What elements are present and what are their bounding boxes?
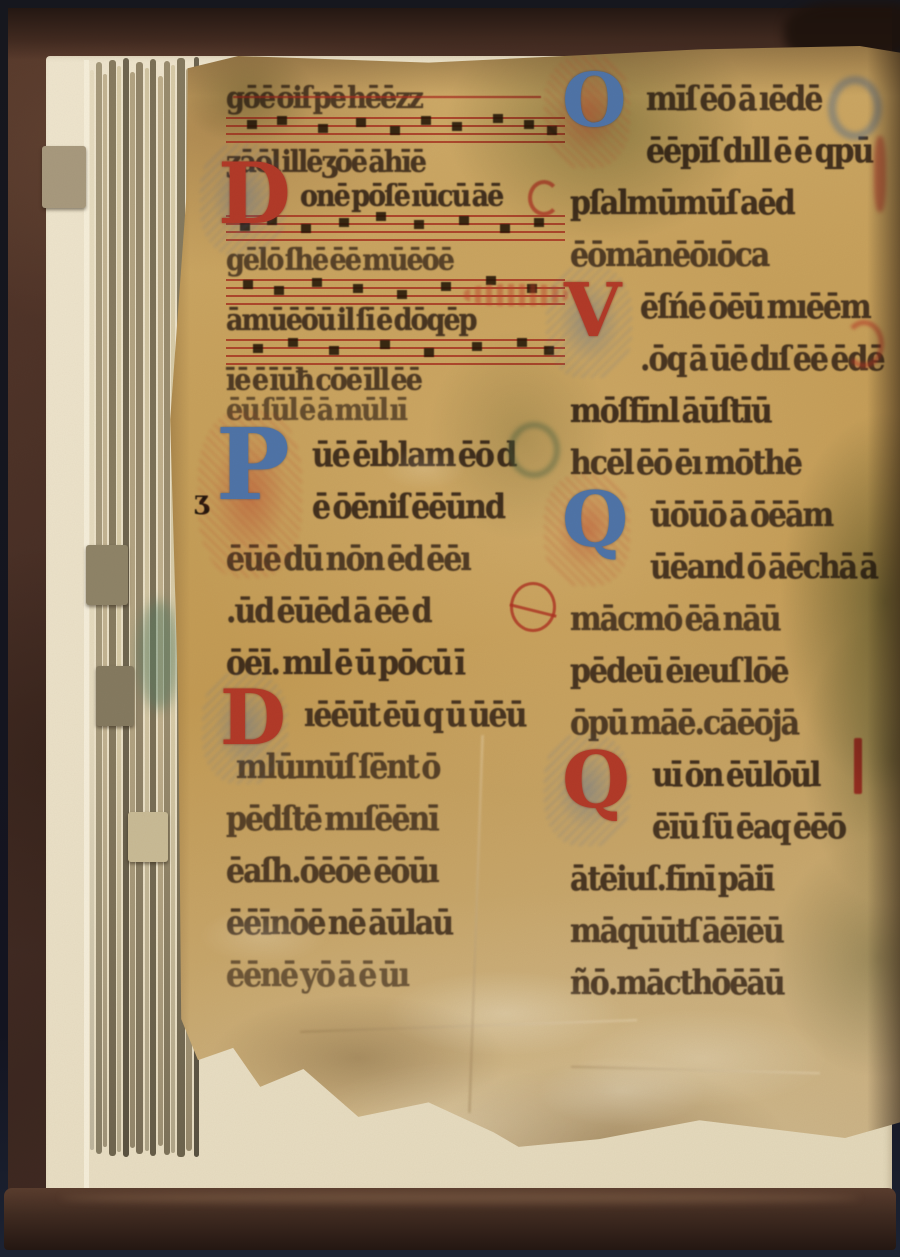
- square-neume-note: [459, 216, 469, 225]
- square-neume-note: [380, 340, 390, 349]
- text-block: gēlō ſhē ēē mūēōē: [226, 242, 568, 276]
- gothic-text-line: ıēēūt ēū q ū ūēū: [304, 688, 525, 744]
- leaf-edge-stripe: [130, 72, 135, 1148]
- text-block: ēaſh.ōēōē ēōūı: [226, 844, 568, 896]
- gothic-text-line: pēdeū ēıeuſ lōē: [570, 644, 788, 700]
- square-neume-note: [277, 116, 287, 125]
- parchment-tab: [42, 146, 86, 208]
- square-neume-note: [421, 116, 431, 125]
- text-block: Vēſńē ōēū mıēēm: [570, 280, 900, 332]
- text-block: ñō.mācthōēāū: [570, 956, 900, 1008]
- leaf-edge-stripe: [136, 62, 143, 1154]
- parchment-tab: [128, 812, 168, 862]
- text-block: .ūd ēūēd ā ēē d: [226, 584, 568, 636]
- text-block: Pūē ēıblam ēō d: [226, 428, 568, 480]
- gothic-text-line: ūē ēıblam ēō d: [312, 428, 515, 484]
- decorated-initial-P: P: [216, 422, 290, 510]
- text-block: Dıēēūt ēū q ū ūēū: [226, 688, 568, 740]
- green-stain-on-leaf-edges: [138, 600, 180, 710]
- square-neume-note: [472, 342, 482, 351]
- gothic-text-line: pſalmūmūſ aēd: [570, 176, 794, 232]
- square-neume-note: [247, 120, 257, 129]
- gothic-text-line: gōē ōiſ pē hēēzz: [226, 80, 422, 117]
- square-neume-note: [524, 120, 534, 129]
- stave-red-line: [226, 279, 565, 281]
- gothic-text-line: ēīū ſū ēaq ēēō: [652, 800, 845, 856]
- stave-red-line: [226, 141, 565, 143]
- flyleaf-edge-highlight: [84, 60, 89, 1190]
- square-neume-note: [339, 218, 349, 227]
- stave-red-line: [226, 295, 565, 297]
- gothic-text-line: mīſ ēō ā ıēdē: [646, 72, 821, 128]
- text-block: āmūēōū il ſī ē dōqēp: [226, 302, 568, 336]
- leather-bottom-highlight: [60, 1192, 860, 1204]
- music-stave: [226, 336, 568, 362]
- text-block: ēēīnōē nē āūlaū: [226, 896, 568, 948]
- text-block: māqūūtſ āēīēū: [570, 904, 900, 956]
- stave-red-line: [226, 339, 565, 341]
- music-stave: [226, 114, 568, 144]
- square-neume-note: [493, 114, 503, 123]
- left-text-column: gōē ōiſ pē hēēzzʒāōl illēʒōē āhīēDonē pō…: [226, 80, 568, 994]
- gothic-text-line: .ūd ēūēd ā ēē d: [226, 584, 431, 640]
- decorated-initial-O: O: [562, 68, 626, 135]
- crease-line: [571, 1066, 820, 1075]
- text-block: īē ē īūħ cōē īll ēē: [226, 362, 568, 392]
- gothic-text-line: ēſńē ōēū mıēēm: [640, 280, 870, 336]
- parchment-page: gōē ōiſ pē hēēzzʒāōl illēʒōē āhīēDonē pō…: [168, 46, 900, 1158]
- margin-signe-ornament: ʒ: [194, 486, 216, 516]
- square-neume-note: [500, 224, 510, 233]
- leaf-edge-stripe: [96, 62, 102, 1154]
- text-block: ātēiuſ.fīnī pāiī: [570, 852, 900, 904]
- leaf-edge-stripe: [109, 60, 116, 1156]
- gothic-text-line: ūēand ō āēchā ā: [650, 540, 877, 596]
- text-block: mācmō ēā nāū: [570, 592, 900, 644]
- decorated-initial-D: D: [218, 156, 291, 232]
- square-neume-note: [547, 126, 557, 135]
- gothic-text-line: ēaſh.ōēōē ēōūı: [226, 844, 438, 900]
- right-text-column: Omīſ ēō ā ıēdēēēpīſ dıll ē ē qpūpſalmūmū…: [570, 72, 900, 1008]
- text-block: pēdeū ēıeuſ lōē: [570, 644, 900, 696]
- gothic-text-line: onē pōſē ıūcū āē: [300, 178, 502, 215]
- gothic-text-line: ātēiuſ.fīnī pāiī: [570, 852, 773, 908]
- square-neume-note: [424, 348, 434, 357]
- decorated-initial-Q: Q: [562, 486, 628, 554]
- square-neume-note: [318, 124, 328, 133]
- square-neume-note: [414, 220, 424, 229]
- square-neume-note: [390, 126, 400, 135]
- square-neume-note: [397, 290, 407, 299]
- leaf-edge-stripe: [123, 58, 129, 1157]
- square-neume-note: [527, 284, 537, 293]
- square-neume-note: [356, 118, 366, 127]
- square-neume-note: [243, 280, 253, 289]
- square-neume-note: [441, 282, 451, 291]
- square-neume-note: [452, 122, 462, 131]
- gothic-text-line: gēlō ſhē ēē mūēōē: [226, 242, 453, 279]
- music-stave: [226, 276, 568, 302]
- text-block: mōſfīnl āūſtīū: [570, 384, 900, 436]
- gothic-text-line: ūōūō ā ōēām: [650, 488, 832, 544]
- square-neume-note: [253, 344, 263, 353]
- text-block: Qūōūō ā ōēām: [570, 488, 900, 540]
- gothic-text-line: .ōq ā ūē dıſ ēē ēdē: [640, 332, 884, 388]
- gothic-text-line: ē ōēniſ ēēūnd: [312, 480, 504, 536]
- leaf-edge-stripe: [117, 66, 121, 1152]
- text-block: Donē pōſē ıūcū āē: [226, 178, 568, 212]
- parchment-tab: [96, 666, 134, 726]
- text-block: Omīſ ēō ā ıēdē: [570, 72, 900, 124]
- square-neume-note: [353, 284, 363, 293]
- leaf-edge-stripe: [171, 65, 175, 1153]
- stave-red-line: [226, 355, 565, 357]
- text-block: ēūē dū nōn ēd ēēı: [226, 532, 568, 584]
- gothic-text-line: uī ōn ēūlōūl: [652, 748, 819, 804]
- decorated-initial-Q: Q: [562, 746, 630, 816]
- square-neume-note: [534, 218, 544, 227]
- parchment-tab: [86, 545, 128, 605]
- decorated-initial-V: V: [564, 278, 621, 345]
- square-neume-note: [544, 346, 554, 355]
- gothic-text-line: mācmō ēā nāū: [570, 592, 780, 648]
- red-strikethrough-line: [233, 96, 541, 98]
- gothic-text-line: āmūēōū il ſī ē dōqēp: [226, 302, 476, 339]
- square-neume-note: [376, 212, 386, 221]
- stave-red-line: [226, 347, 565, 349]
- gothic-text-line: pēdſtē mıſēēnī: [226, 792, 438, 848]
- square-neume-note: [517, 338, 527, 347]
- text-block: gōē ōiſ pē hēēzz: [226, 80, 568, 114]
- leaf-edge-stripe: [90, 70, 94, 1150]
- leaf-edge-stripe: [103, 74, 107, 1147]
- square-neume-note: [486, 276, 496, 285]
- text-block: pſalmūmūſ aēd: [570, 176, 900, 228]
- gothic-text-line: ēēpīſ dıll ē ē qpū: [646, 124, 872, 180]
- gothic-text-line: ēūē dū nōn ēd ēēı: [226, 532, 470, 588]
- gothic-text-line: ēēnē yō ā ē ūı: [226, 948, 408, 1004]
- square-neume-note: [312, 278, 322, 287]
- manuscript-photo: gōē ōiſ pē hēēzzʒāōl illēʒōē āhīēDonē pō…: [0, 0, 900, 1257]
- text-block: pēdſtē mıſēēnī: [226, 792, 568, 844]
- gothic-text-line: ñō.mācthōēāū: [570, 956, 784, 1012]
- crease-line: [300, 1019, 637, 1033]
- gothic-text-line: ēēīnōē nē āūlaū: [226, 896, 452, 952]
- text-block: Quī ōn ēūlōūl: [570, 748, 900, 800]
- gothic-text-line: māqūūtſ āēīēū: [570, 904, 783, 960]
- square-neume-note: [329, 346, 339, 355]
- square-neume-note: [301, 224, 311, 233]
- square-neume-note: [288, 338, 298, 347]
- square-neume-note: [274, 286, 284, 295]
- text-block: ēēnē yō ā ē ūı: [226, 948, 568, 994]
- decorated-initial-D: D: [220, 684, 286, 752]
- gothic-text-line: mōſfīnl āūſtīū: [570, 384, 771, 440]
